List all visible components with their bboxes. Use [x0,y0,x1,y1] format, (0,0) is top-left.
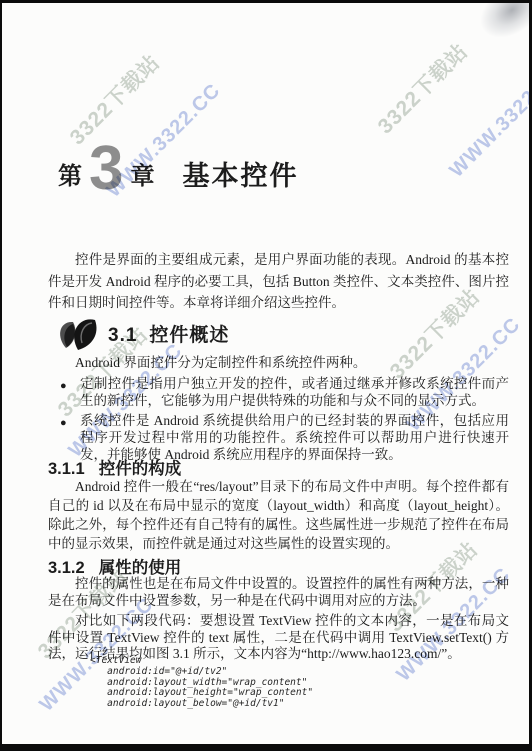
watermark-sitename: 3322下载站 [370,36,474,140]
subsection-number: 3.1.1 [48,460,85,478]
section-3-1-1-body: Android 控件一般在“res/layout”目录下的布局文件中声明。每个控… [48,477,509,553]
chapter-number: 3 [89,144,123,195]
section-3-1-title: 3.1控件概述 [108,320,229,347]
section-3-1-1-paragraph: Android 控件一般在“res/layout”目录下的布局文件中声明。每个控… [48,477,509,553]
section-number: 3.1 [108,325,137,346]
xml-code-listing: <TextView android:id="@+id/tv2" android:… [90,656,313,710]
book-page: 第 3 章 基本控件 控件是界面的主要组成元素，是用户界面功能的表现。Andro… [0,0,532,751]
watermark-url: WWW.3322.CC [445,59,532,182]
section-3-1-body: Android 界面控件分为定制控件和系统控件两种。 ● 定制控件是指用户独立开… [48,354,509,466]
control-type-list: ● 定制控件是指用户独立开发的控件，或者通过继承并修改系统控件而产生的新控件，它… [48,375,509,463]
section-3-1-lead: Android 界面控件分为定制控件和系统控件两种。 [48,354,509,371]
section-3-1-2-body: 控件的属性也是在布局文件中设置的。设置控件的属性有两种方法，一种是在布局文件中设… [48,575,509,663]
section-3-1-heading: 3.1控件概述 [54,313,229,353]
bullet-icon: ● [60,415,67,432]
butterfly-icon [54,313,104,353]
subsection-title-text: 控件的构成 [99,460,182,478]
section-title-text: 控件概述 [149,325,229,346]
list-item: ● 定制控件是指用户独立开发的控件，或者通过继承并修改系统控件而产生的新控件，它… [48,375,509,409]
section-3-1-1-heading: 3.1.1控件的构成 [48,455,181,479]
intro-block: 控件是界面的主要组成元素，是用户界面功能的表现。Android 的基本控件是开发… [48,249,509,314]
bullet-icon: ● [60,378,67,395]
chapter-heading: 第 3 章 基本控件 [58,144,298,195]
chapter-suffix: 章 [130,165,154,195]
scan-smudge-artifact [470,0,532,49]
section-3-1-2-paragraph-1: 控件的属性也是在布局文件中设置的。设置控件的属性有两种方法，一种是在布局文件中设… [48,575,509,609]
chapter-prefix: 第 [58,165,82,195]
chapter-title: 基本控件 [182,163,298,195]
bullet-custom-controls: 定制控件是指用户独立开发的控件，或者通过继承并修改系统控件而产生的新控件，它能够… [80,376,509,408]
intro-paragraph: 控件是界面的主要组成元素，是用户界面功能的表现。Android 的基本控件是开发… [48,249,509,314]
